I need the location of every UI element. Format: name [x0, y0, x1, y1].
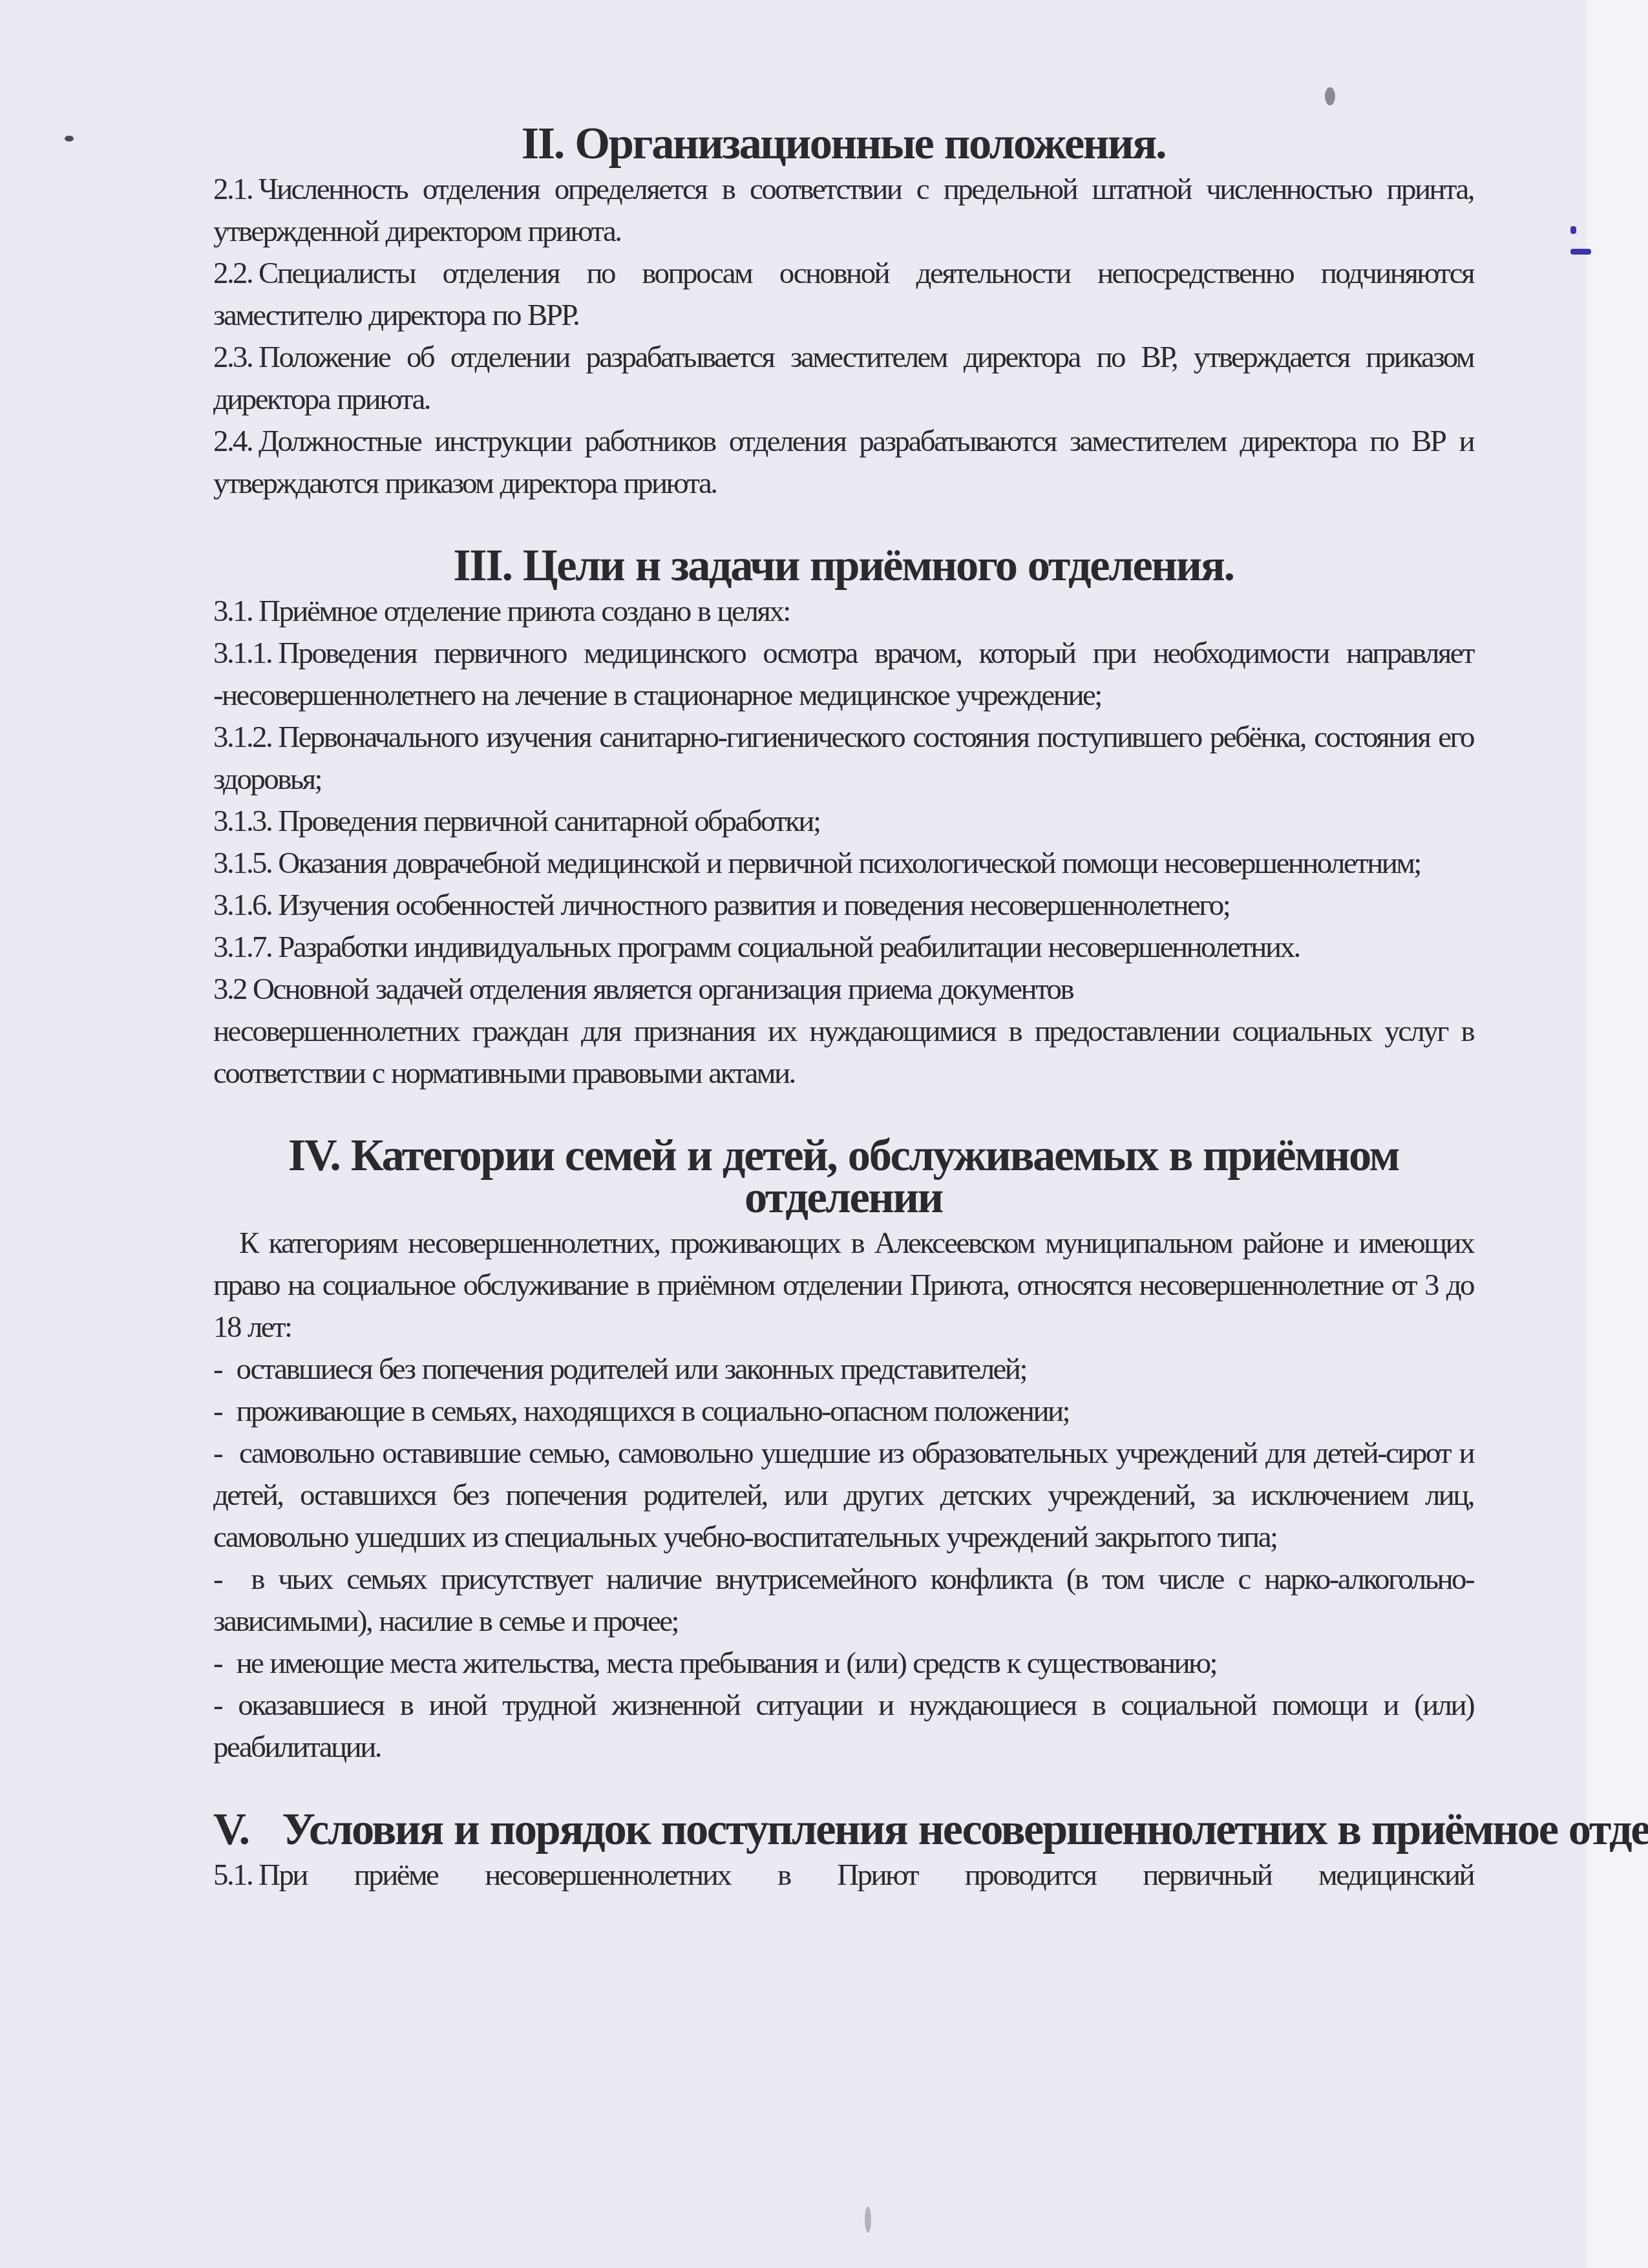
- paragraph-2-2: 2.2.Специалисты отделения по вопросам ос…: [213, 253, 1474, 337]
- paragraph-3-2-continued: несовершеннолетних граждан для признания…: [213, 1011, 1474, 1095]
- category-item: - оставшиеся без попечения родителей или…: [213, 1349, 1474, 1391]
- section-heading-iv: IV. Категории семей и детей, обслуживаем…: [213, 1135, 1474, 1219]
- paragraph-2-3: 2.3.Положение об отделении разрабатывает…: [213, 337, 1474, 421]
- category-item: - оказавшиеся в иной трудной жизненной с…: [213, 1685, 1474, 1769]
- paragraph-3-2: 3.2Основной задачей отделения является о…: [213, 969, 1474, 1011]
- paragraph-3-1-5: 3.1.5.Оказания доврачебной медицинской и…: [213, 843, 1474, 885]
- paragraph-5-1: 5.1.При приёме несовершеннолетних в Прию…: [213, 1854, 1474, 1896]
- paragraph-3-1-7: 3.1.7.Разработки индивидуальных программ…: [213, 927, 1474, 969]
- document-body: II. Организационные положения. 2.1.Числе…: [213, 123, 1474, 1896]
- paragraph-3-1-6: 3.1.6.Изучения особенностей личностного …: [213, 885, 1474, 927]
- scanner-edge: [1587, 0, 1648, 2268]
- pen-mark: [1570, 249, 1591, 255]
- paragraph-3-1: 3.1.Приёмное отделение приюта создано в …: [213, 591, 1474, 633]
- category-item: - в чьих семьях присутствует наличие вну…: [213, 1559, 1474, 1643]
- category-item: - не имеющие места жительства, места пре…: [213, 1643, 1474, 1685]
- scan-speck: [65, 136, 74, 142]
- paragraph-3-1-3: 3.1.3.Проведения первичной санитарной об…: [213, 801, 1474, 843]
- category-item: - проживающие в семьях, находящихся в со…: [213, 1391, 1474, 1433]
- section-heading-iii: III. Цели н задачи приёмного отделения.: [213, 545, 1474, 587]
- paragraph-2-1: 2.1.Численность отделения определяется в…: [213, 169, 1474, 253]
- pen-mark: [1570, 226, 1576, 234]
- paragraph-3-1-1: 3.1.1.Проведения первичного медицинского…: [213, 633, 1474, 717]
- section-heading-ii: II. Организационные положения.: [213, 123, 1474, 165]
- paragraph-2-4: 2.4.Должностные инструкции работников от…: [213, 421, 1474, 505]
- section-heading-v: V. Условия и порядок поступления несовер…: [213, 1809, 1474, 1851]
- categories-intro: К категориям несовершеннолетних, прожива…: [213, 1223, 1474, 1349]
- category-item: - самовольно оставившие семью, самовольн…: [213, 1433, 1474, 1559]
- scan-speck: [1325, 87, 1335, 105]
- paragraph-3-1-2: 3.1.2.Первоначального изучения санитарно…: [213, 717, 1474, 801]
- scan-speck: [865, 2207, 871, 2232]
